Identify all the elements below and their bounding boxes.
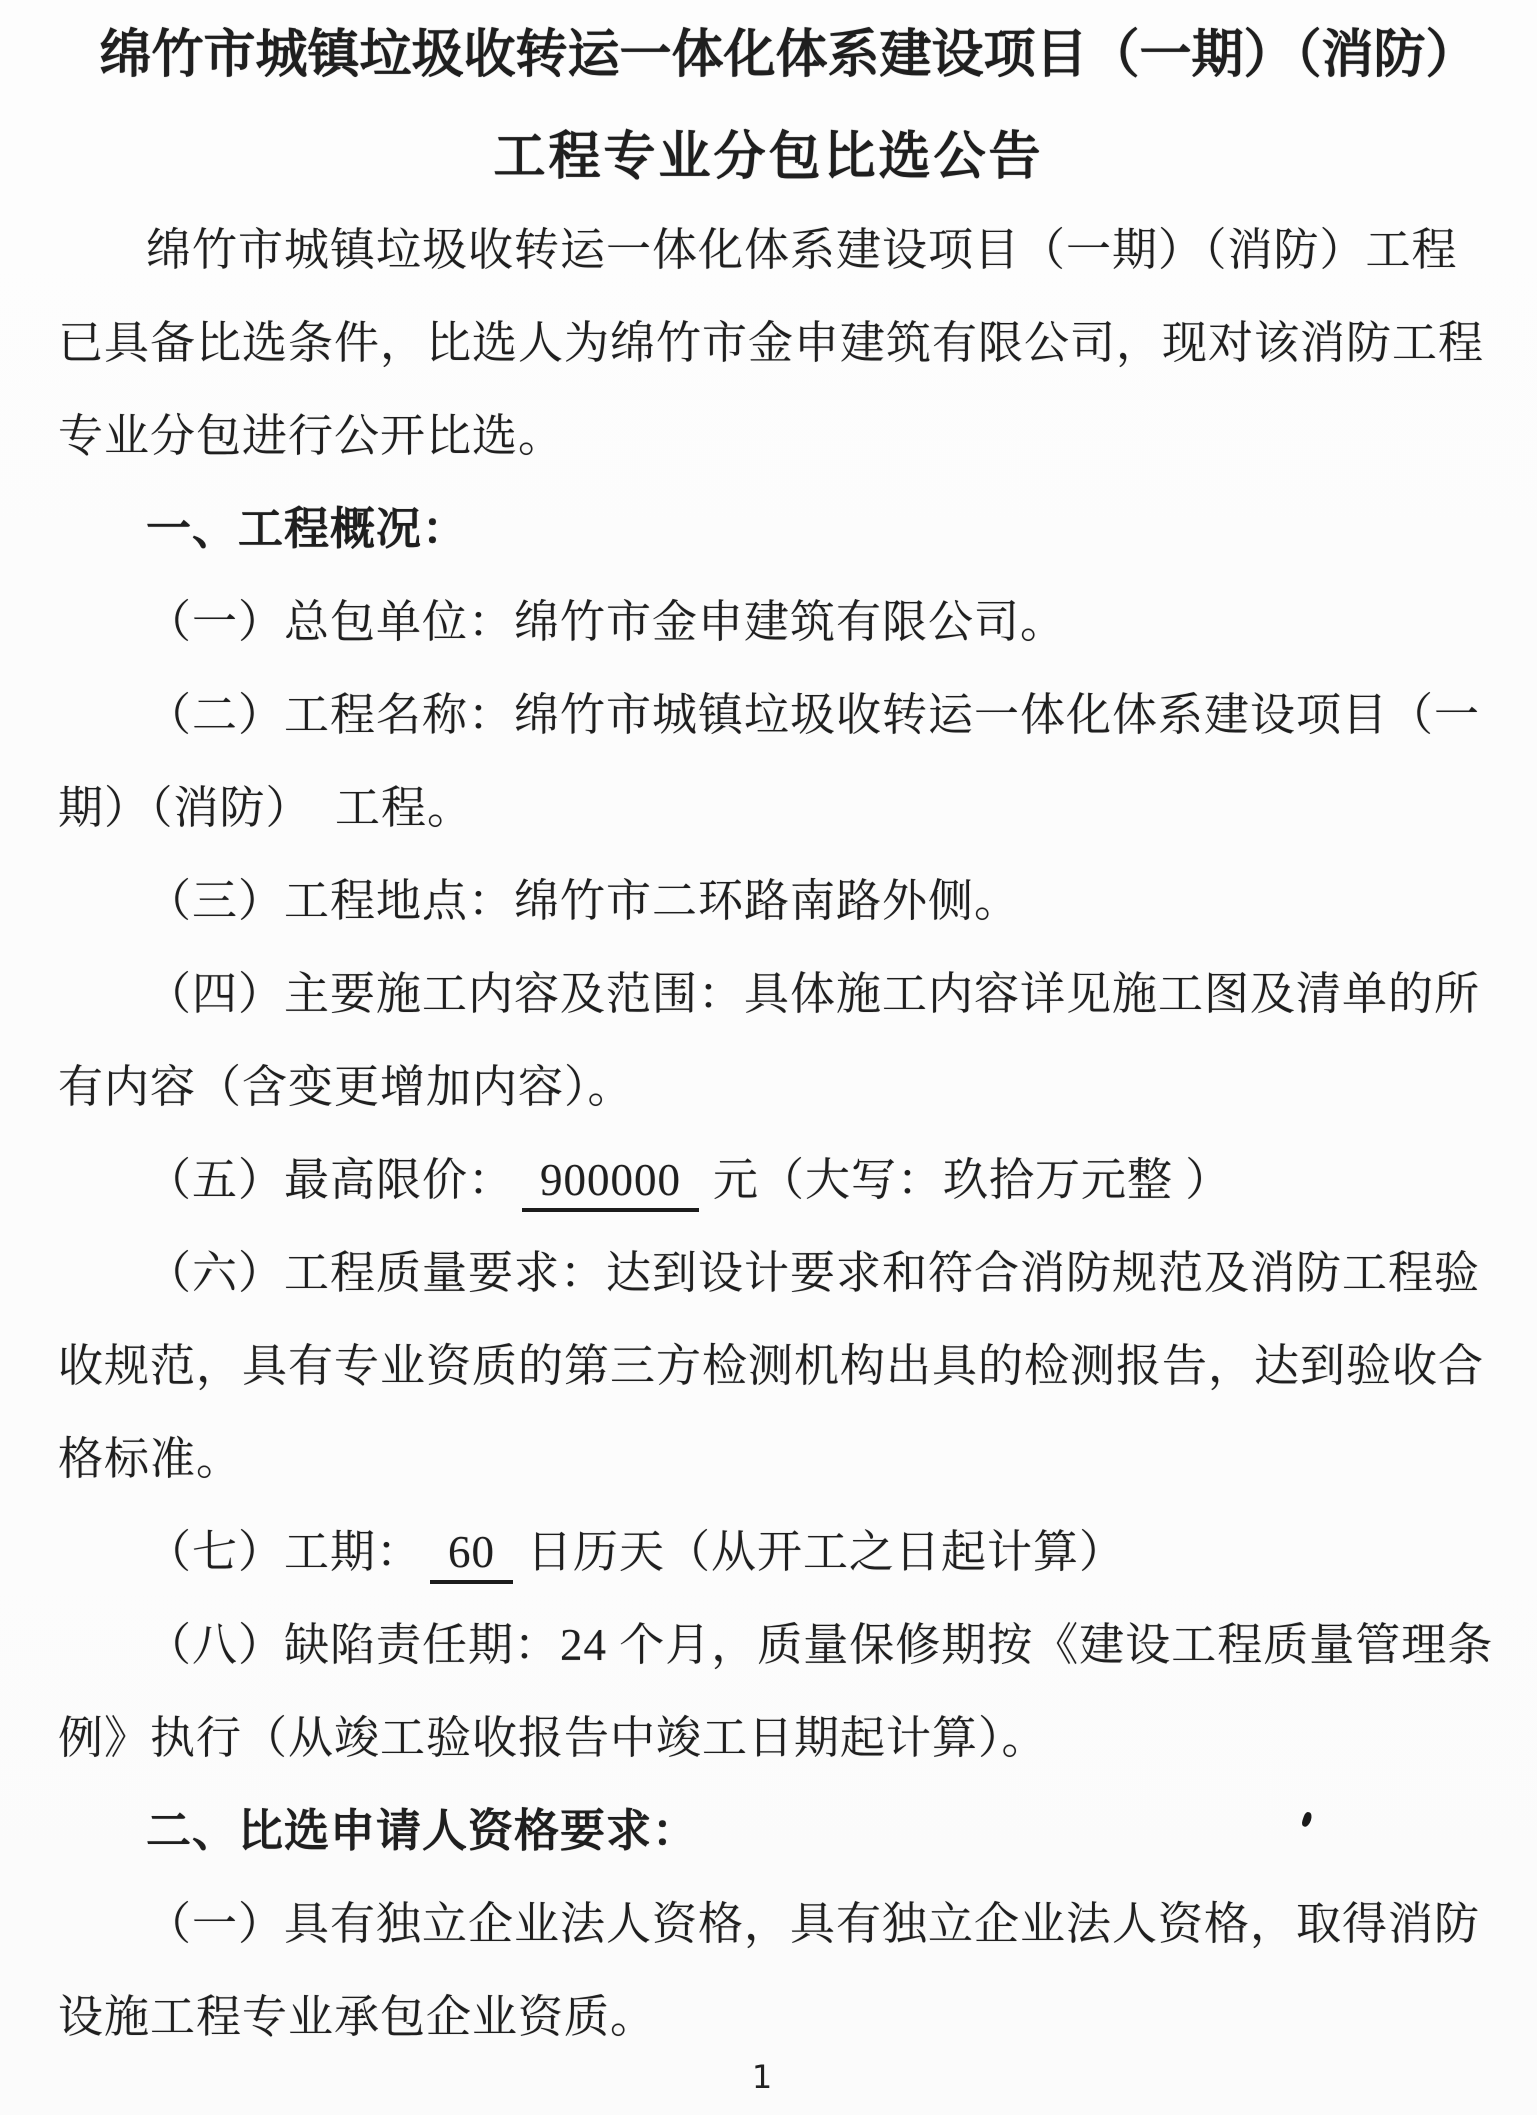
section1-item8-defect-line-1: （八）缺陷责任期：24 个月，质量保修期按《建设工程质量管理条 <box>58 1599 1479 1692</box>
section1-item2-project-name-line-2: 期）（消防） 工程。 <box>58 762 1479 855</box>
duration-value: 60 <box>430 1524 513 1584</box>
max-price-value: 900000 <box>522 1152 699 1212</box>
section2-item1-qualification-line-2: 设施工程专业承包企业资质。 <box>58 1971 1479 2064</box>
section1-item4-scope-line-2: 有内容（含变更增加内容）。 <box>58 1041 1479 1134</box>
section1-item5-max-price-line: （五）最高限价：900000元（大写：玖拾万元整 ） <box>58 1134 1479 1227</box>
page-number: 1 <box>0 2058 1524 2096</box>
intro-line-3: 专业分包进行公开比选。 <box>58 390 1479 483</box>
duration-label: （七）工期： <box>146 1527 422 1577</box>
duration-suffix: 日历天（从开工之日起计算） <box>527 1527 1125 1577</box>
section1-item3-location: （三）工程地点：绵竹市二环路南路外侧。 <box>58 855 1479 948</box>
document-title-line-1: 绵竹市城镇垃圾收转运一体化体系建设项目（一期）（消防） <box>0 0 1537 112</box>
document-title-line-2: 工程专业分包比选公告 <box>0 112 1537 204</box>
section1-item7-duration-line: （七）工期：60日历天（从开工之日起计算） <box>58 1506 1479 1599</box>
max-price-suffix: 元（大写：玖拾万元整 ） <box>713 1155 1231 1205</box>
section2-heading: 二、比选申请人资格要求： <box>58 1785 1479 1878</box>
section1-item2-project-name-line-1: （二）工程名称：绵竹市城镇垃圾收转运一体化体系建设项目（一 <box>58 669 1479 762</box>
max-price-label: （五）最高限价： <box>146 1155 514 1205</box>
section1-item6-quality-line-2: 收规范，具有专业资质的第三方检测机构出具的检测报告，达到验收合 <box>58 1320 1479 1413</box>
section1-item6-quality-line-3: 格标准。 <box>58 1413 1479 1506</box>
document-body: 绵竹市城镇垃圾收转运一体化体系建设项目（一期）（消防）工程 已具备比选条件，比选… <box>0 204 1537 2064</box>
intro-line-1: 绵竹市城镇垃圾收转运一体化体系建设项目（一期）（消防）工程 <box>58 204 1479 297</box>
document-page: 绵竹市城镇垃圾收转运一体化体系建设项目（一期）（消防） 工程专业分包比选公告 绵… <box>0 0 1537 2115</box>
section1-item6-quality-line-1: （六）工程质量要求：达到设计要求和符合消防规范及消防工程验 <box>58 1227 1479 1320</box>
section1-item8-defect-line-2: 例》执行（从竣工验收报告中竣工日期起计算）。 <box>58 1692 1479 1785</box>
section1-item1-contractor: （一）总包单位：绵竹市金申建筑有限公司。 <box>58 576 1479 669</box>
intro-line-2: 已具备比选条件，比选人为绵竹市金申建筑有限公司，现对该消防工程 <box>58 297 1479 390</box>
section1-heading: 一、工程概况： <box>58 483 1479 576</box>
section1-item4-scope-line-1: （四）主要施工内容及范围：具体施工内容详见施工图及清单的所 <box>58 948 1479 1041</box>
section2-item1-qualification-line-1: （一）具有独立企业法人资格，具有独立企业法人资格，取得消防 <box>58 1878 1479 1971</box>
